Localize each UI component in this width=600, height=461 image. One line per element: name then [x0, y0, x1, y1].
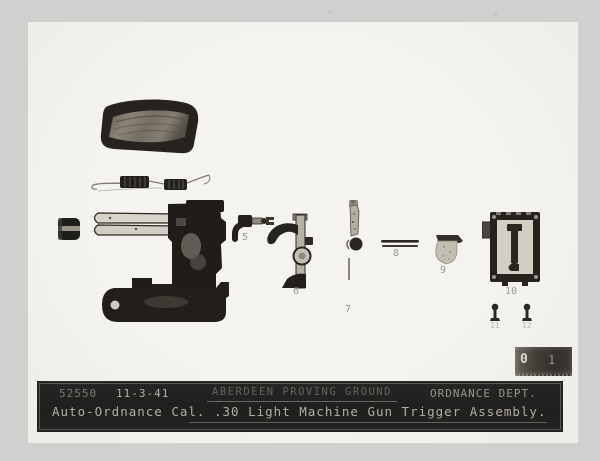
dust-speck	[493, 12, 498, 16]
part-label-5: 5	[242, 233, 248, 243]
scale-bar: 0 1	[515, 347, 572, 376]
grip-wood-face	[109, 110, 189, 142]
part-9-bracket	[430, 230, 466, 270]
part-label-9: 9	[440, 266, 446, 276]
photo-date: 11-3-41	[116, 388, 169, 399]
part-buffer-cap	[55, 215, 83, 243]
part-trigger-housing	[88, 198, 234, 326]
base-pin-hole	[111, 301, 120, 310]
spring-coil	[164, 179, 187, 190]
part-label-11: 11	[490, 322, 500, 330]
part-trigger-springs	[88, 168, 214, 198]
scale-zero-label: 0	[520, 352, 528, 367]
part-11-screw	[488, 303, 538, 323]
part-8-pin	[380, 238, 420, 250]
screw	[490, 304, 500, 321]
part-10-side-plate	[482, 208, 544, 288]
part-label-7: 7	[345, 305, 351, 315]
plunger-hole	[350, 238, 363, 251]
part-label-6: 6	[293, 287, 299, 297]
facility-name: ABERDEEN PROVING GROUND	[207, 387, 397, 402]
screw	[522, 304, 532, 321]
part-pistol-grip	[94, 96, 202, 154]
caption-plate: 52550 11-3-41 ABERDEEN PROVING GROUND OR…	[37, 381, 563, 432]
trigger-hook	[267, 223, 298, 244]
dust-speck	[328, 10, 332, 13]
guide-rod	[95, 213, 179, 223]
part-6-trigger	[262, 212, 316, 292]
scale-one-label: 1	[548, 353, 555, 367]
photo-description: Auto-Ordnance Cal. .30 Light Machine Gun…	[52, 406, 547, 419]
part-7-plunger	[340, 200, 366, 288]
photo-number: 52550	[59, 388, 97, 399]
part-label-12: 12	[522, 322, 532, 330]
part-label-10: 10	[505, 287, 517, 297]
part-label-8: 8	[393, 249, 399, 259]
department-name: ORDNANCE DEPT.	[430, 388, 537, 399]
description-underline	[189, 422, 547, 423]
plate-lever	[511, 229, 518, 264]
